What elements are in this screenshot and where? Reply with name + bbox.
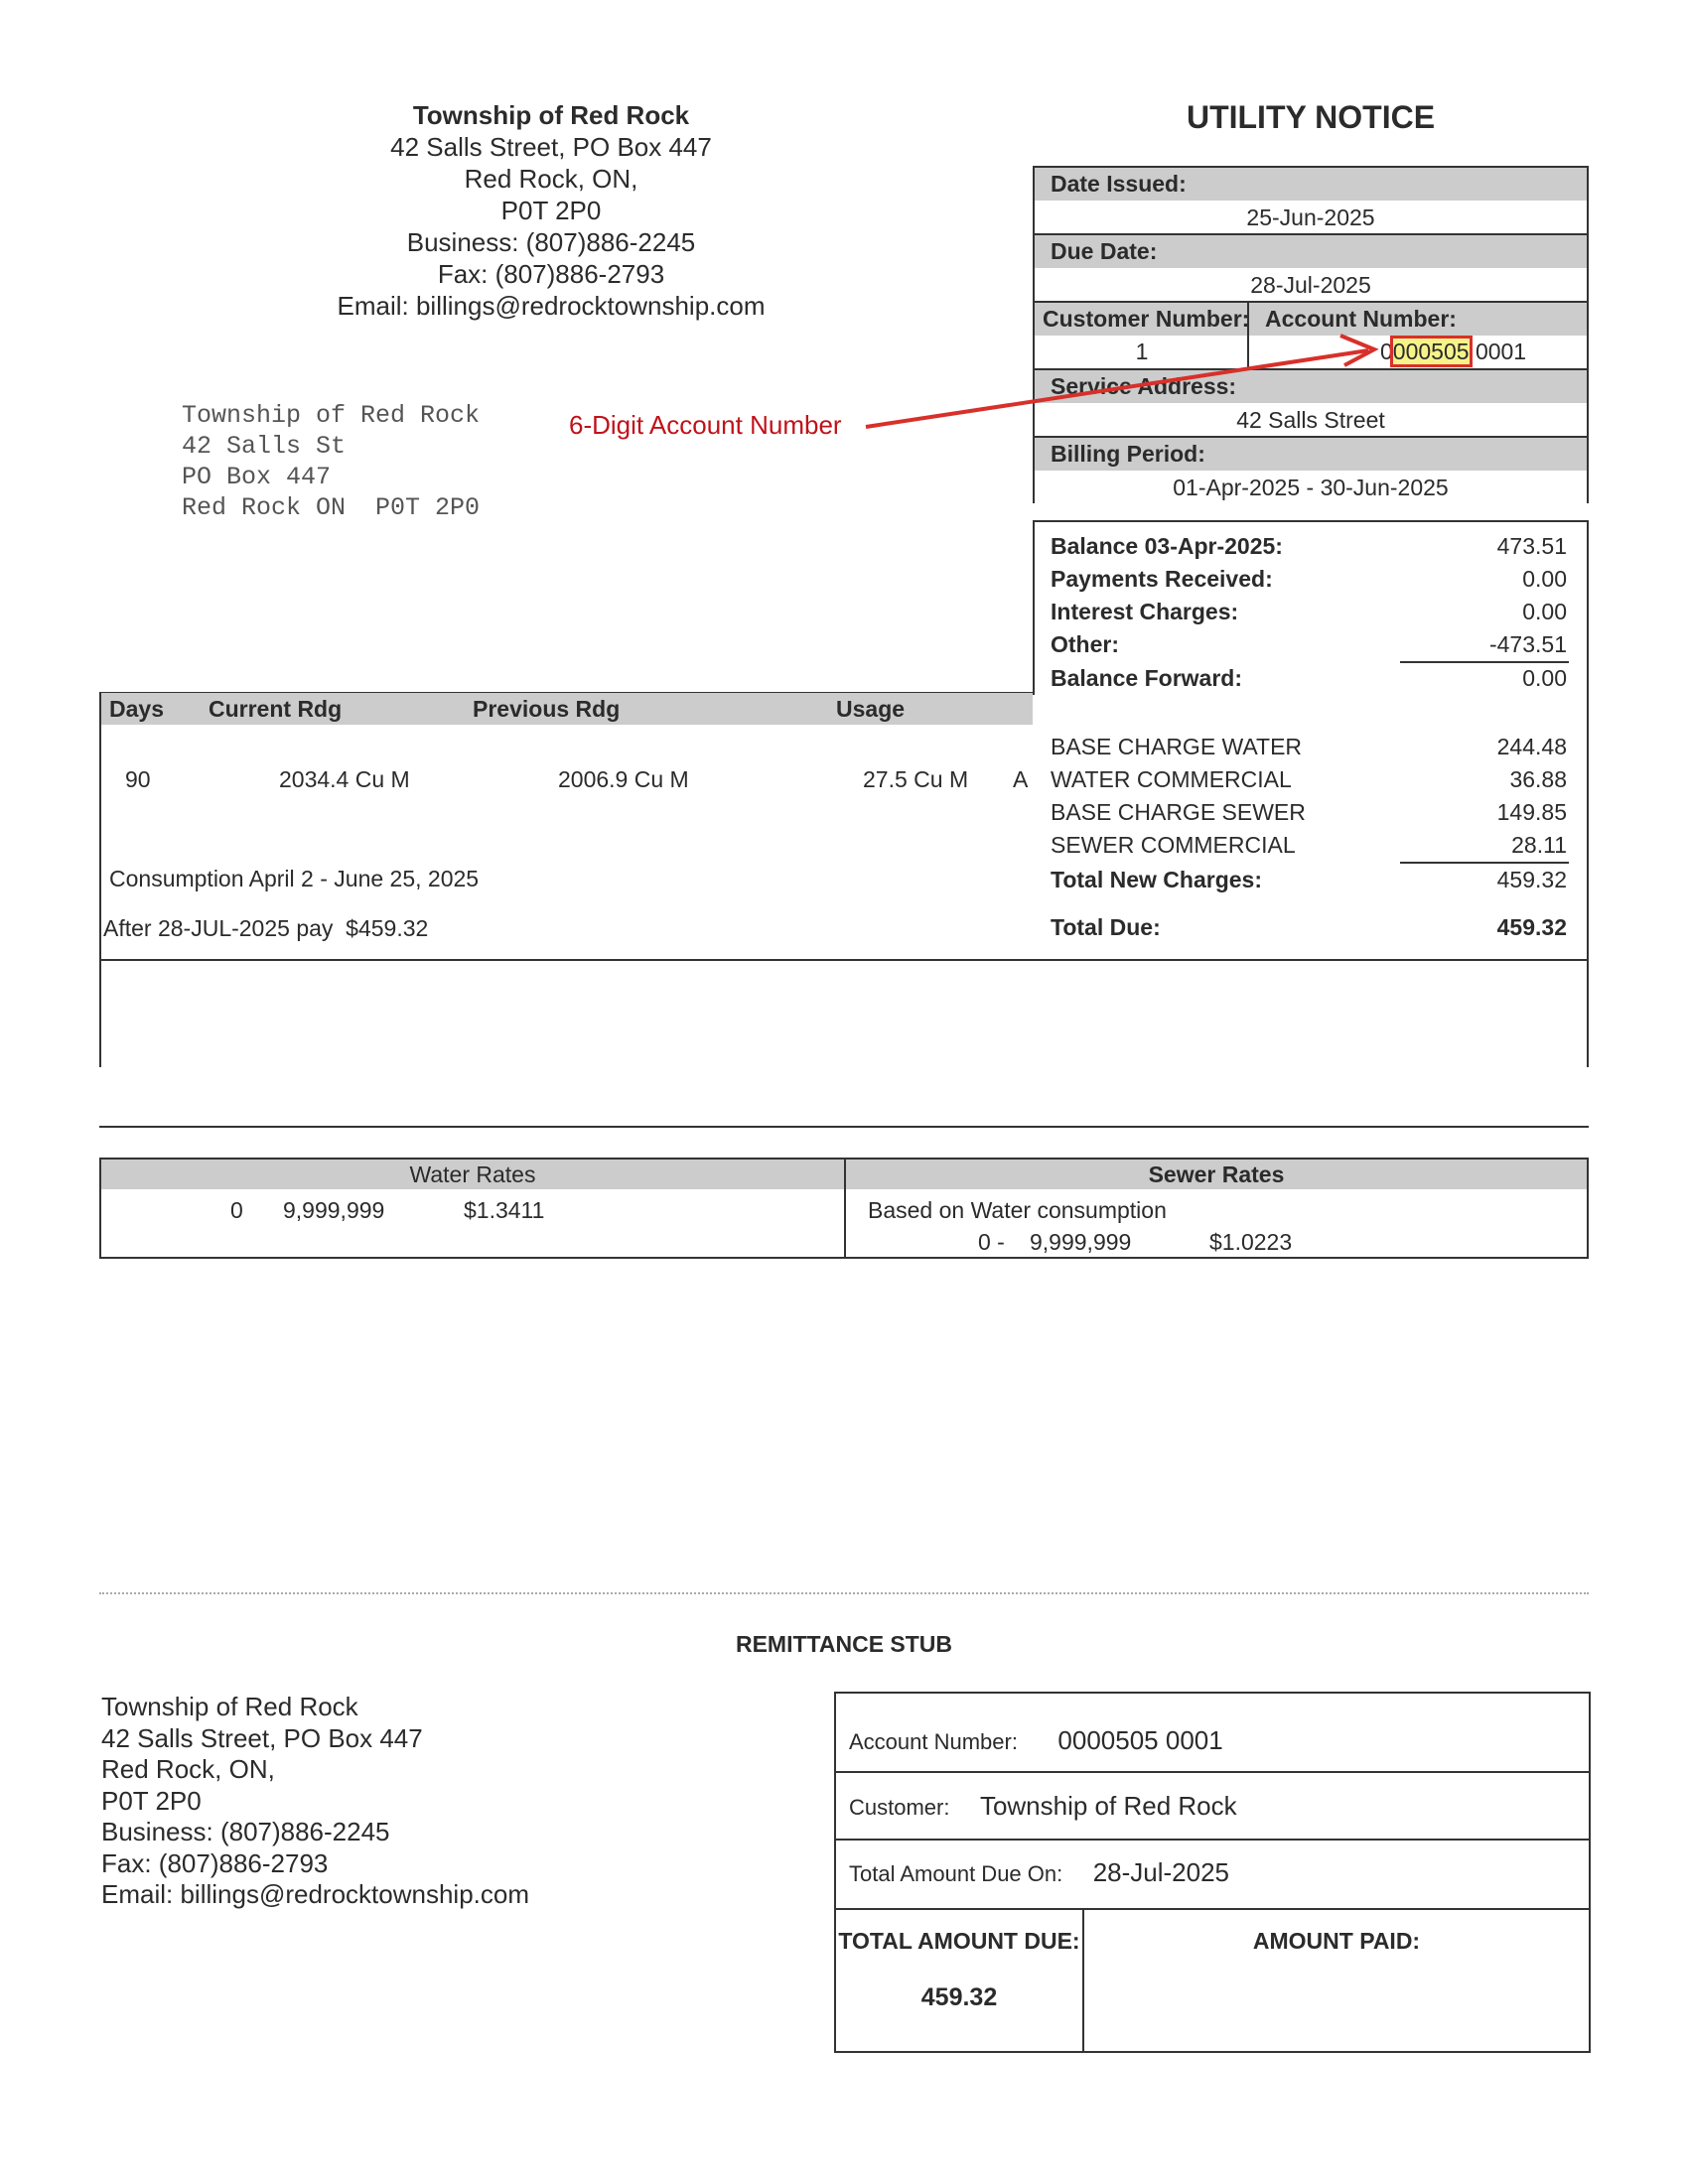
sewer-rate-to: 9,999,999 [1030,1229,1131,1256]
remittance-title: REMITTANCE STUB [99,1631,1589,1658]
remit-account-value: 0000505 0001 [1057,1725,1222,1755]
remit-amount-paid-label: AMOUNT PAID: [1084,1928,1589,1955]
balance-row-value: 0.00 [1522,596,1567,628]
water-rate-value: $1.3411 [464,1197,544,1224]
usage-value: 27.5 Cu M [863,766,968,793]
sewer-rate-note: Based on Water consumption [868,1197,1167,1224]
remit-address-line6: Fax: (807)886-2793 [101,1848,529,1880]
remit-customer-label: Customer: [849,1795,949,1820]
balance-row-label: Balance Forward: [1051,662,1242,695]
usage-unit: Cu M [914,766,968,792]
charge-label: WATER COMMERCIAL [1051,763,1292,796]
balance-row-value: 473.51 [1497,530,1567,563]
remit-customer-row: Customer: Township of Red Rock [849,1791,1237,1822]
previous-rdg-unit: Cu M [634,766,689,792]
balance-row-label: Payments Received: [1051,563,1273,596]
previous-rdg-value: 2006.9 Cu M [558,766,689,793]
charge-value: 244.48 [1497,731,1567,763]
current-rdg-number: 2034.4 [279,766,349,792]
water-rate-from: 0 [230,1197,243,1224]
charge-label: BASE CHARGE WATER [1051,731,1302,763]
col-previous-rdg: Previous Rdg [473,693,620,725]
sewer-rate-from: 0 - [978,1229,1005,1256]
remit-address-line2: 42 Salls Street, PO Box 447 [101,1723,529,1755]
charge-row: BASE CHARGE SEWER149.85 [1051,796,1567,829]
balance-row: Payments Received:0.00 [1051,563,1567,596]
remit-due-on-value: 28-Jul-2025 [1093,1857,1229,1887]
remit-address-line5: Business: (807)886-2245 [101,1817,529,1848]
balance-row-value: -473.51 [1489,628,1567,661]
charge-label: BASE CHARGE SEWER [1051,796,1306,829]
remit-amount-paid-field[interactable] [1084,1976,1589,2035]
balance-row: Balance 03-Apr-2025:473.51 [1051,530,1567,563]
charge-row: WATER COMMERCIAL36.88 [1051,763,1567,796]
balance-row-label: Interest Charges: [1051,596,1238,628]
remit-account-row: Account Number: 0000505 0001 [849,1725,1223,1756]
balance-row-label: Balance 03-Apr-2025: [1051,530,1283,563]
total-new-charges-value: 459.32 [1497,864,1567,896]
remit-due-on-row: Total Amount Due On: 28-Jul-2025 [849,1857,1229,1888]
sewer-rates-title: Sewer Rates [846,1160,1587,1189]
charge-label: SEWER COMMERCIAL [1051,829,1296,862]
remit-address-line7: Email: billings@redrocktownship.com [101,1879,529,1911]
col-days: Days [109,693,164,725]
previous-rdg-number: 2006.9 [558,766,628,792]
total-new-charges-row: Total New Charges: 459.32 [1051,864,1567,896]
balance-row-label: Other: [1051,628,1119,661]
days-value: 90 [125,766,151,793]
charge-value: 149.85 [1497,796,1567,829]
water-rates-title: Water Rates [101,1160,844,1189]
remittance-address: Township of Red Rock 42 Salls Street, PO… [101,1692,529,1911]
late-payment-note: After 28-JUL-2025 pay $459.32 [103,915,428,942]
current-rdg-unit: Cu M [355,766,410,792]
sewer-rate-value: $1.0223 [1209,1229,1292,1256]
cut-line [99,1592,1589,1594]
water-rate-to: 9,999,999 [283,1197,384,1224]
consumption-note: Consumption April 2 - June 25, 2025 [109,866,479,892]
remit-total-due-value: 459.32 [836,1983,1082,2012]
balance-row: Balance Forward:0.00 [1051,662,1567,695]
current-rdg-value: 2034.4 Cu M [279,766,410,793]
remit-address-line4: P0T 2P0 [101,1786,529,1818]
charge-row: SEWER COMMERCIAL28.11 [1051,829,1567,862]
charge-value: 36.88 [1509,763,1567,796]
col-usage: Usage [836,693,905,725]
balance-row-value: 0.00 [1522,662,1567,695]
remit-account-label: Account Number: [849,1729,1018,1754]
readings-header: Days Current Rdg Previous Rdg Usage [99,693,1033,725]
balance-row: Interest Charges:0.00 [1051,596,1567,628]
charge-value: 28.11 [1511,829,1567,862]
remit-address-line1: Township of Red Rock [101,1692,529,1723]
remit-address-line3: Red Rock, ON, [101,1754,529,1786]
usage-number: 27.5 [863,766,908,792]
total-due-row: Total Due: 459.32 [1051,911,1567,944]
usage-flag: A [1013,766,1028,793]
remit-due-on-label: Total Amount Due On: [849,1861,1062,1886]
balance-row-value: 0.00 [1522,563,1567,596]
charge-row: BASE CHARGE WATER244.48 [1051,731,1567,763]
total-due-label: Total Due: [1051,911,1161,944]
remit-customer-value: Township of Red Rock [980,1791,1237,1821]
total-new-charges-label: Total New Charges: [1051,864,1262,896]
balance-row: Other:-473.51 [1051,628,1567,661]
col-current-rdg: Current Rdg [209,693,342,725]
remit-total-due-label: TOTAL AMOUNT DUE: [836,1928,1082,1955]
total-due-value: 459.32 [1497,911,1567,944]
